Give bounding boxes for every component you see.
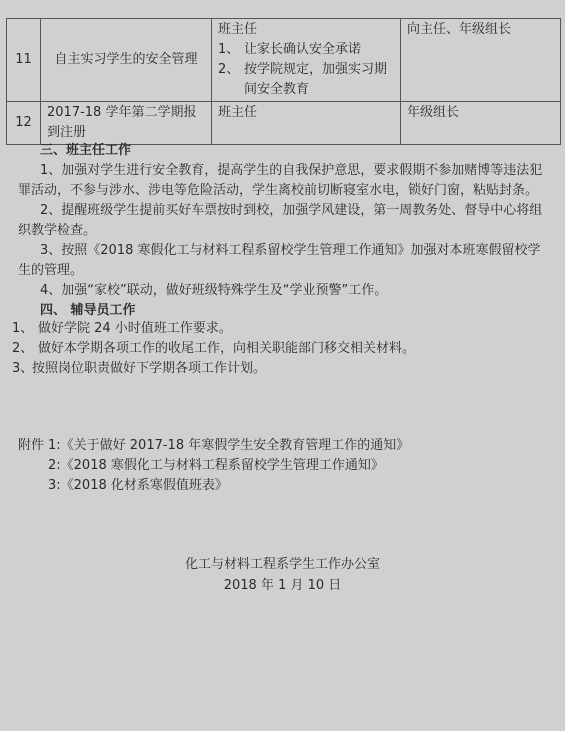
owner-item: 1、 让家长确认安全承诺 [218, 40, 394, 60]
row-number: 12 [7, 102, 41, 145]
task-name: 自主实习学生的安全管理 [41, 19, 212, 102]
attachments-label: 附件 [18, 436, 48, 456]
document-page: 11 自主实习学生的安全管理 班主任 1、 让家长确认安全承诺 2、 按学院规定… [0, 0, 565, 731]
task-table: 11 自主实习学生的安全管理 班主任 1、 让家长确认安全承诺 2、 按学院规定… [6, 18, 561, 145]
signature-date: 2018 年 1 月 10 日 [0, 576, 565, 596]
paragraph: 1、加强对学生进行安全教育，提高学生的自我保护意思，要求假期不参加赌博等违法犯罪… [18, 161, 548, 201]
section-heading: 三、班主任工作 [18, 141, 548, 161]
list-item: 2、 做好本学期各项工作的收尾工作，向相关职能部门移交相关材料。 [12, 339, 542, 359]
supervisor-cell: 年级组长 [401, 102, 561, 145]
owner-item: 2、 按学院规定，加强实习期间安全教育 [218, 60, 394, 100]
attachments: 附件 1:《关于做好 2017-18 年寒假学生安全教育管理工作的通知》 2:《… [18, 436, 409, 496]
row-number: 11 [7, 19, 41, 102]
owner-label: 班主任 [218, 20, 394, 40]
table-row: 11 自主实习学生的安全管理 班主任 1、 让家长确认安全承诺 2、 按学院规定… [7, 19, 561, 102]
attachment-item: 3:《2018 化材系寒假值班表》 [18, 476, 409, 496]
owner-cell: 班主任 [212, 102, 401, 145]
section-heading: 四、 辅导员工作 [18, 301, 548, 321]
section-class-teacher: 三、班主任工作 1、加强对学生进行安全教育，提高学生的自我保护意思，要求假期不参… [18, 141, 548, 321]
signature-office: 化工与材料工程系学生工作办公室 [0, 555, 565, 575]
list-item: 3、 按照岗位职责做好下学期各项工作计划。 [12, 359, 542, 379]
task-name: 2017-18 学年第二学期报到注册 [41, 102, 212, 145]
list-item: 1、 做好学院 24 小时值班工作要求。 [12, 319, 542, 339]
owner-cell: 班主任 1、 让家长确认安全承诺 2、 按学院规定，加强实习期间安全教育 [212, 19, 401, 102]
paragraph: 3、按照《2018 寒假化工与材料工程系留校学生管理工作通知》加强对本班寒假留校… [18, 241, 548, 281]
attachment-item: 附件 1:《关于做好 2017-18 年寒假学生安全教育管理工作的通知》 [18, 436, 409, 456]
paragraph: 2、提醒班级学生提前买好车票按时到校，加强学风建设，第一周教务处、督导中心将组织… [18, 201, 548, 241]
supervisor-cell: 向主任、年级组长 [401, 19, 561, 102]
table-row: 12 2017-18 学年第二学期报到注册 班主任 年级组长 [7, 102, 561, 145]
attachment-item: 2:《2018 寒假化工与材料工程系留校学生管理工作通知》 [18, 456, 409, 476]
paragraph: 4、加强“家校”联动，做好班级特殊学生及“学业预警”工作。 [18, 281, 548, 301]
section-counselor-items: 1、 做好学院 24 小时值班工作要求。 2、 做好本学期各项工作的收尾工作，向… [12, 319, 542, 379]
